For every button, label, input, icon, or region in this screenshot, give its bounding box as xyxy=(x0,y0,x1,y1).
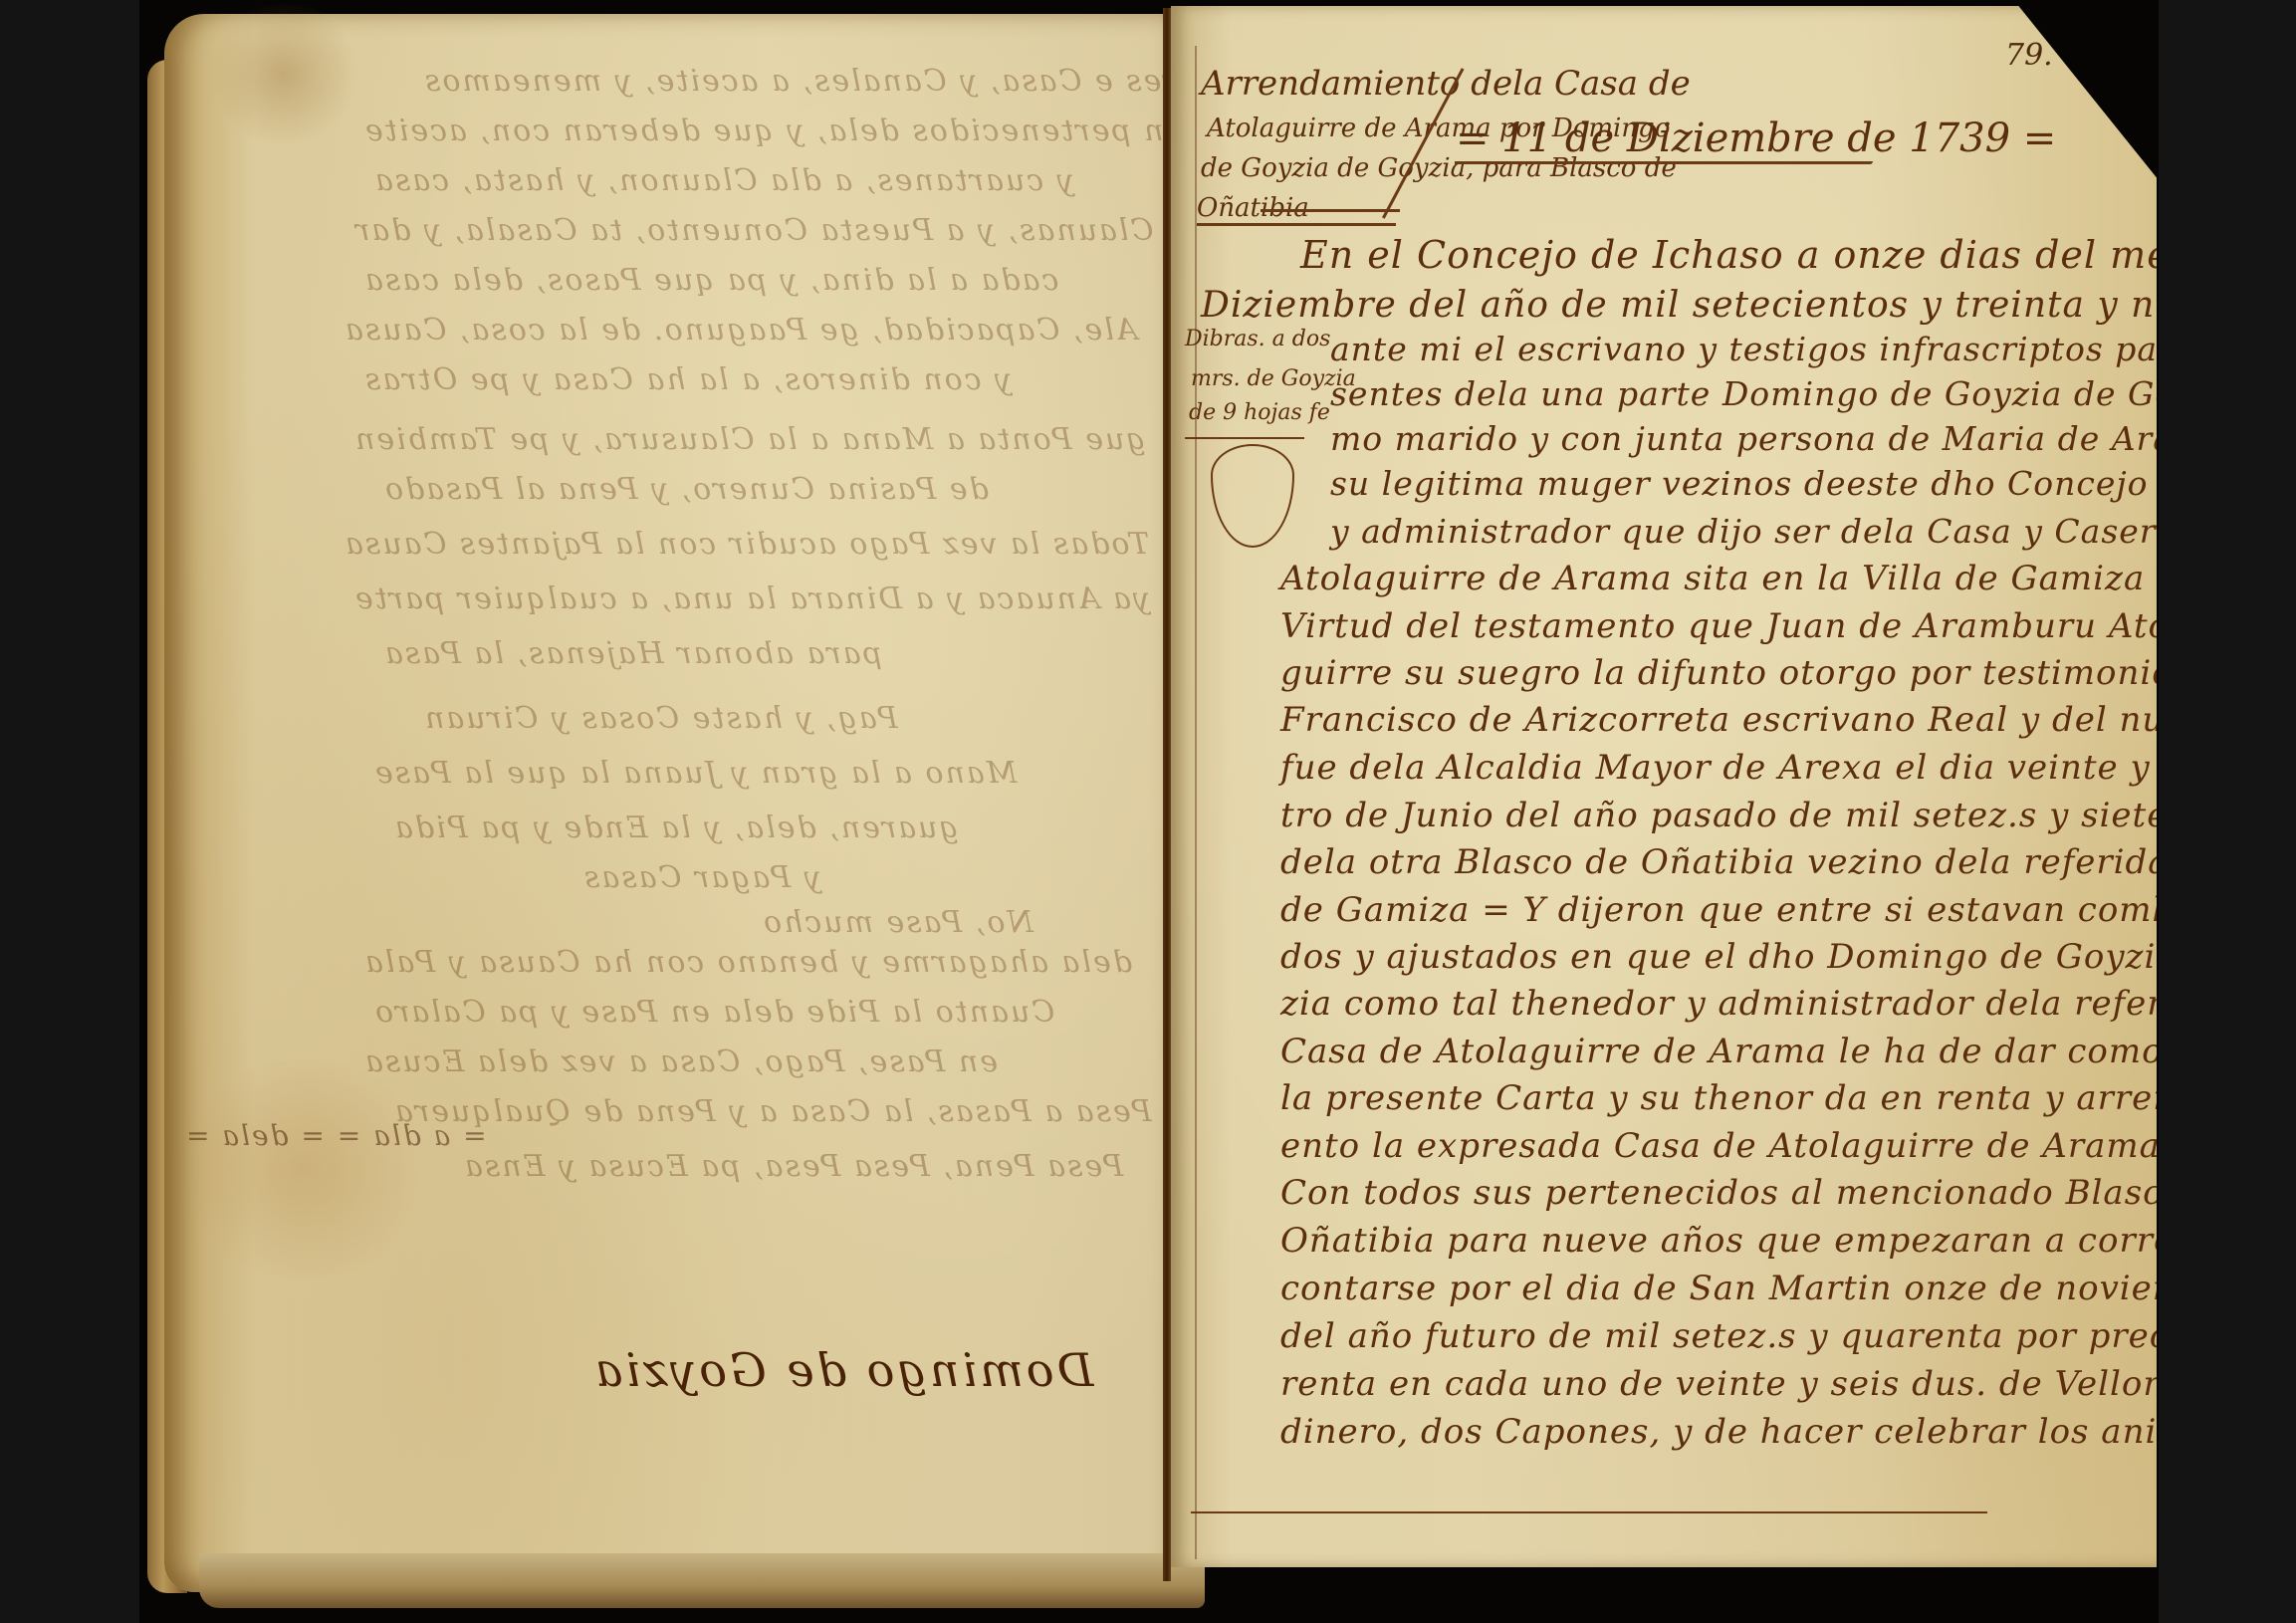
bleed-line: Pares e Casa, y Canales, a aceite, y men… xyxy=(423,64,1218,99)
bleed-line: No, Pase mucho xyxy=(762,905,1033,940)
bleed-line: en Pase, Pago, Casa a vez dela Ecusa xyxy=(363,1044,998,1079)
bleed-line: Pesa Pena, Pesa Pesa, pa Ecusa y Ensa xyxy=(463,1149,1123,1184)
body-line: Diziembre del año de mil setecientos y t… xyxy=(1201,285,2244,326)
body-line: renta en cada uno de veinte y seis dus. … xyxy=(1280,1364,2221,1404)
body-line: dela otra Blasco de Oñatibia vezino dela… xyxy=(1280,842,2262,882)
bleed-equals-marks: = a dla = = dela = xyxy=(184,1119,487,1152)
bleed-line: y Pesa a Pasas, la Casa a y Pena de Qual… xyxy=(393,1094,1182,1129)
bleed-line: con pertenecidos dela, y que deberan con… xyxy=(363,114,1202,148)
body-line: Con todos sus pertenecidos al mencionado… xyxy=(1280,1173,2239,1213)
closing-rule xyxy=(1191,1511,1987,1513)
margin-note-line: Dibras. a dos xyxy=(1185,327,1330,351)
body-line: contarse por el dia de San Martin onze d… xyxy=(1280,1269,2246,1308)
bleed-line: para abonar Hajenas, la Pasa xyxy=(383,636,882,671)
body-line: su legitima muger vezinos deeste dho Con… xyxy=(1330,464,2296,503)
bleed-line: y Pagar Casas xyxy=(582,860,821,895)
bleed-line: Todas la vez Pago acudir con la Pajantes… xyxy=(344,527,1149,562)
body-line: de Gamiza = Y dijeron que entre si estav… xyxy=(1280,890,2243,930)
water-stain xyxy=(174,1059,433,1278)
bleed-line: ya Anuaca y a Dinara la una, a cualquier… xyxy=(353,581,1150,616)
body-line: zia como tal thenedor y administrador de… xyxy=(1280,984,2219,1024)
bleed-line: cada a la dina, y pa que Pasos, dela cas… xyxy=(363,263,1058,298)
body-line: Virtud del testamento que Juan de Arambu… xyxy=(1280,606,2202,646)
binding-gutter xyxy=(1163,8,1171,1581)
bleed-line: gue Ponta a Mana a la Clausura, y pe Tam… xyxy=(353,422,1146,457)
date-heading: = 11 de Diziembre de 1739 = xyxy=(1456,116,2056,161)
body-line: sentes dela una parte Domingo de Goyzia … xyxy=(1330,374,2296,413)
body-line: y administrador que dijo ser dela Casa y… xyxy=(1330,512,2242,551)
body-line: Casa de Atolaguirre de Arama le ha de da… xyxy=(1280,1032,2236,1071)
body-line: Oñatibia para nueve años que empezaran a… xyxy=(1280,1221,2223,1261)
margin-note-line: de 9 hojas fe xyxy=(1189,400,1330,425)
bleed-line: dela ahagarme y benano con ha Causa y Pa… xyxy=(363,945,1132,980)
body-line: la presente Carta y su thenor da en rent… xyxy=(1280,1078,2277,1118)
margin-note-rule xyxy=(1185,437,1304,439)
bleed-line: Mano a la gran y Juana la que la Pase xyxy=(373,756,1017,791)
body-line: En el Concejo de Ichaso a onze dias del … xyxy=(1300,233,2252,277)
bleed-line: de Pasina Cunero, y Pena al Pasado xyxy=(383,472,989,507)
body-line: Francisco de Arizcorreta escrivano Real … xyxy=(1280,700,2296,740)
bleed-line: Cuanto la Pide dela en Pase y pa Calaro xyxy=(373,995,1054,1030)
body-line: guirre su suegro la difunto otorgo por t… xyxy=(1280,653,2228,693)
left-page: Pares e Casa, y Canales, a aceite, y men… xyxy=(164,14,1170,1592)
bleed-signature: Domingo de Goyzia xyxy=(592,1343,1093,1397)
margin-flourish xyxy=(1211,444,1294,548)
body-line: dos y ajustados en que el dho Domingo de… xyxy=(1280,937,2296,977)
body-line: mo marido y con junta persona de Maria d… xyxy=(1330,419,2289,458)
left-margin-line xyxy=(1195,46,1197,1559)
bleed-line: guaren, dela, y la Ende y pa Pida xyxy=(393,811,959,845)
bleed-line: Pag, y haste Cosas y Ciruan xyxy=(423,701,898,736)
heading-underline xyxy=(1197,223,1396,226)
heading-underline xyxy=(1261,209,1400,212)
body-line: ento la expresada Casa de Atolaguirre de… xyxy=(1280,1126,2161,1166)
body-line: del año futuro de mil setez.s y quarenta… xyxy=(1280,1316,2234,1356)
date-underline xyxy=(1455,161,1873,164)
body-line: ante mi el escrivano y testigos infrascr… xyxy=(1330,330,2296,368)
bleed-line: y cuartanes, a dla Claunon, y hasta, cas… xyxy=(373,163,1074,198)
left-page-bottom-edge xyxy=(199,1553,1205,1608)
body-line: fue dela Alcaldia Mayor de Arexa el dia … xyxy=(1280,748,2241,788)
bleed-line: Ale, Capacidad, ge Paaguno. de la cosa, … xyxy=(344,313,1138,348)
water-stain xyxy=(204,4,363,143)
body-line: dinero, dos Capones, y de hacer celebrar… xyxy=(1280,1412,2296,1452)
bleed-line: y con dineros, a la ha Casa y pe Otras xyxy=(363,362,1012,397)
heading-line: Oñatibia xyxy=(1197,193,1309,223)
page-number: 79. xyxy=(2005,38,2053,73)
body-line: Atolaguirre de Arama sita en la Villa de… xyxy=(1280,559,2200,598)
right-page: 79. Arrendamiento dela Casa de Atolaguir… xyxy=(1171,6,2157,1567)
body-line: tro de Junio del año pasado de mil setez… xyxy=(1280,796,2214,835)
bleed-line: Claunas, y a Puesta Conuento, ta Casala,… xyxy=(353,213,1153,248)
